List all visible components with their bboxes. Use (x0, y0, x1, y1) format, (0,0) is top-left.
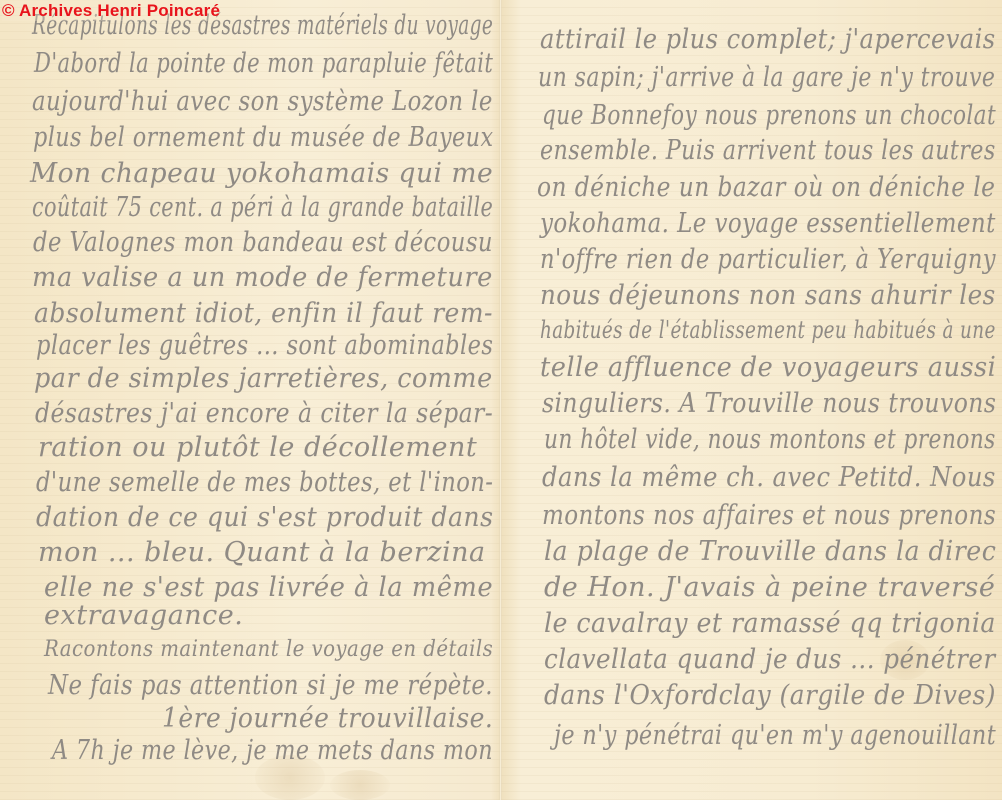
manuscript-line: elle ne s'est pas livrée à la même (44, 572, 493, 603)
manuscript-line: telle affluence de voyageurs aussi (540, 352, 996, 383)
manuscript-line: placer les guêtres ... sont abominables (36, 330, 493, 361)
manuscript-line: Mon chapeau yokohamais qui me (30, 158, 493, 189)
manuscript-line: yokohama. Le voyage essentiellement (540, 208, 996, 239)
manuscript-line: D'abord la pointe de mon parapluie fêtai… (34, 48, 493, 79)
manuscript-line: que Bonnefoy nous prenons un chocolat (542, 100, 996, 131)
manuscript-heading: 1ère journée trouvillaise. (162, 703, 493, 734)
manuscript-line: montons nos affaires et nous prenons (542, 500, 996, 531)
manuscript-line: dans l'Oxfordclay (argile de Dives) (544, 680, 996, 711)
manuscript-line: on déniche un bazar où on déniche le (537, 172, 995, 203)
manuscript-line: de Hon. J'avais à peine traversé (544, 572, 995, 603)
manuscript-line: désastres j'ai encore à citer la sépar- (35, 398, 493, 429)
manuscript-line: d'une semelle de mes bottes, et l'inon- (36, 467, 493, 498)
manuscript-line: de Valognes mon bandeau est décousu (33, 227, 493, 258)
manuscript-line: ration ou plutôt le décollement (38, 432, 477, 463)
manuscript-line: Racontons maintenant le voyage en détail… (44, 637, 493, 662)
manuscript-line: singuliers. A Trouville nous trouvons (542, 388, 996, 419)
manuscript-line: le cavalray et ramassé qq trigonia (544, 608, 996, 639)
manuscript-line: absolument idiot, enfin il faut rem- (34, 298, 493, 329)
manuscript-line: coûtait 75 cent. a péri à la grande bata… (32, 192, 493, 223)
manuscript-line: dans la même ch. avec Petitd. Nous (542, 462, 996, 493)
left-page: Récapitulons les désastres matériels du … (0, 0, 499, 800)
manuscript-line: mon ... bleu. Quant à la berzina (38, 537, 486, 568)
manuscript-line: attirail le plus complet; j'apercevais (540, 24, 996, 55)
manuscript-line: je n'y pénétrai qu'en m'y agenouillant (554, 720, 996, 751)
copyright-watermark: © Archives Henri Poincaré (2, 1, 220, 21)
manuscript-line: plus bel ornement du musée de Bayeux (33, 122, 493, 153)
manuscript-line: ma valise a un mode de fermeture (32, 262, 493, 293)
right-page: attirail le plus complet; j'apercevais u… (502, 0, 1002, 800)
manuscript-line: Ne fais pas attention si je me répète. (48, 670, 493, 701)
manuscript-line: A 7h je me lève, je me mets dans mon (52, 735, 493, 766)
manuscript-line: la plage de Trouville dans la direc (544, 536, 996, 567)
manuscript-line: n'offre rien de particulier, à Yerquigny (540, 244, 996, 275)
manuscript-line: par de simples jarretières, comme (34, 363, 493, 394)
manuscript-line: ensemble. Puis arrivent tous les autres (540, 135, 996, 166)
manuscript-scan: Récapitulons les désastres matériels du … (0, 0, 1002, 800)
manuscript-line: habitués de l'établissement peu habitués… (540, 316, 996, 344)
manuscript-line: aujourd'hui avec son système Lozon le (32, 86, 493, 117)
manuscript-line: un hôtel vide, nous montons et prenons (544, 424, 996, 455)
manuscript-line: un sapin; j'arrive à la gare je n'y trou… (538, 62, 995, 93)
manuscript-line: dation de ce qui s'est produit dans (36, 502, 494, 533)
manuscript-line: extravagance. (44, 600, 243, 631)
manuscript-line: nous déjeunons non sans ahurir les (540, 280, 996, 311)
manuscript-line: clavellata quand je dus ... pénétrer (544, 644, 996, 675)
